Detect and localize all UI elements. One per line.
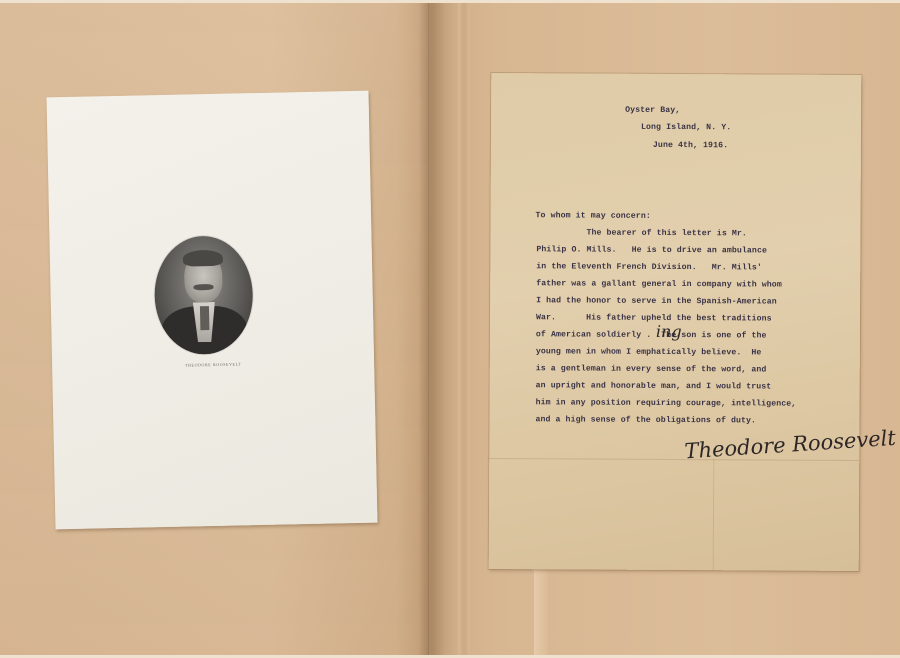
engraving-card: THEODORE ROOSEVELT [47,91,378,530]
letter-body-line: I had the honor to serve in the Spanish-… [536,297,777,306]
portrait-engraving [153,235,253,355]
fold-line [489,458,859,461]
letter-body-line: Philip O. Mills. He is to drive an ambul… [536,246,767,255]
letter-body-line: young men in whom I emphatically believe… [536,348,762,357]
album-gutter [418,0,458,658]
letter-body-line: is a gentleman in every sense of the wor… [536,365,767,374]
letter-body-line: in the Eleventh French Division. Mr. Mil… [536,263,762,272]
fold-line-vertical [713,459,715,570]
portrait-tie [200,306,210,330]
handwritten-correction: ing [656,322,682,341]
top-border [0,0,900,3]
album-spread: THEODORE ROOSEVELT Oyster Bay, Long Isla… [0,0,900,658]
letter-header-line2: Long Island, N. Y. [641,124,731,133]
letter-body-line: and a high sense of the obligations of d… [535,416,756,425]
letter-body-line: War. His father upheld the best traditio… [536,314,772,323]
portrait-hair [183,250,223,267]
letter-header-date: June 4th, 1916. [653,142,728,151]
letter-body-line: him in any position requiring courage, i… [536,399,797,409]
signature: Theodore Roosevelt [684,426,897,464]
hinge-tape [534,570,548,658]
letter-body-line: The bearer of this letter is Mr. [586,230,746,239]
letter-body-line: father was a gallant general in company … [536,280,782,289]
letter-header-line1: Oyster Bay, [625,107,680,115]
engraving-caption: THEODORE ROOSEVELT [52,359,374,371]
album-hinge [458,0,470,658]
typed-letter: Oyster Bay, Long Island, N. Y. June 4th,… [489,73,862,571]
letter-body-line: an upright and honorable man, and I woul… [536,382,772,391]
letter-salutation: To whom it may concern: [536,212,651,221]
letter-body-line: of American soldierly . The son is one o… [536,331,767,340]
portrait-moustache [193,284,213,290]
